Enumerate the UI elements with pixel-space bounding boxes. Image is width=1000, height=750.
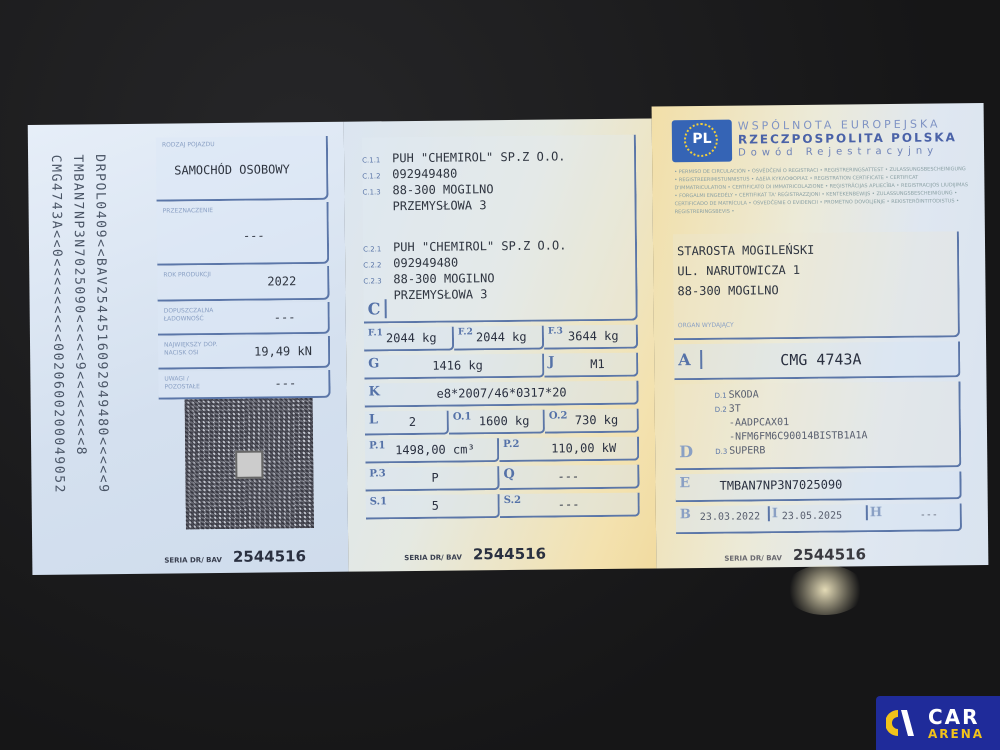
mrz-line-1: DRPOL0409<<BAV2544516092949480<<<<<9 bbox=[92, 154, 111, 494]
field-e: E TMBAN7NP3N7025090 bbox=[675, 471, 961, 502]
field-g: G1416 kg bbox=[364, 354, 544, 380]
field-f3: F.33644 kg bbox=[544, 325, 638, 350]
field-a: A CMG 4743A bbox=[674, 341, 960, 380]
mrz-zone: DRPOL0409<<BAV2544516092949480<<<<<9 TMB… bbox=[48, 154, 122, 565]
2d-barcode bbox=[185, 398, 314, 529]
issuer-line: UL. NARUTOWICZA 1 bbox=[677, 263, 800, 278]
payload-label: Dopuszczalna ładowność bbox=[164, 307, 226, 324]
production-year-label: Rok produkcji bbox=[163, 271, 213, 280]
holder-line: C.1.1PUH "CHEMIROL" SP.Z O.O. bbox=[362, 149, 566, 165]
first-registration-date: 23.03.2022 bbox=[700, 511, 760, 523]
field-s1: S.15 bbox=[366, 494, 500, 519]
issue-date: 23.05.2025 bbox=[782, 511, 842, 523]
extra-value: --- bbox=[274, 376, 296, 390]
field-p3: P.3P bbox=[365, 466, 499, 491]
field-j: JM1 bbox=[544, 353, 638, 378]
serial-number: 2544516 bbox=[233, 547, 306, 566]
payload-box: Dopuszczalna ładowność --- bbox=[158, 302, 330, 336]
holder-line: C.1.388-300 MOGILNO bbox=[362, 182, 493, 197]
middle-panel: C.1.1PUH "CHEMIROL" SP.Z O.O. C.1.209294… bbox=[344, 118, 657, 571]
issuer-box: STAROSTA MOGILEŃSKI UL. NARUTOWICZA 1 88… bbox=[673, 231, 960, 340]
field-b-i-h: B 23.03.2022 I 23.05.2025 H --- bbox=[676, 503, 962, 534]
axle-load-label: Największy dop. nacisk osi bbox=[164, 341, 234, 358]
issuer-label: ORGAN WYDAJĄCY bbox=[678, 322, 734, 331]
serial-label: SERIA DR/ BAV bbox=[404, 553, 462, 562]
field-o2: O.2730 kg bbox=[545, 409, 639, 434]
barcode-center-mark bbox=[235, 451, 263, 479]
field-l: L2 bbox=[365, 411, 449, 436]
purpose-box: Przeznaczenie --- bbox=[157, 202, 330, 266]
d-line: D.1SKODA bbox=[715, 389, 759, 400]
field-s2: S.2--- bbox=[500, 493, 640, 518]
right-panel: PL WSPÓLNOTA EUROPEJSKA RZECZPOSPOLITA P… bbox=[652, 103, 989, 568]
mrz-line-2: TMBAN7NP3N7025090<<<<<9<<<<<<<<8 bbox=[70, 154, 88, 456]
serial-number: 2544516 bbox=[473, 545, 546, 564]
vehicle-type-label: Rodzaj pojazdu bbox=[162, 141, 215, 150]
registration-number: CMG 4743A bbox=[780, 350, 861, 369]
section-c-letter: C bbox=[368, 299, 387, 318]
holder-line: PRZEMYSŁOWA 3 bbox=[363, 198, 487, 213]
d-line: D.23T bbox=[715, 404, 741, 415]
production-year-box: Rok produkcji 2022 bbox=[157, 266, 329, 302]
vehicle-type-value: SAMOCHÓD OSOBOWY bbox=[174, 162, 290, 177]
watermark-line-2: ARENA bbox=[928, 727, 984, 741]
field-d: D D.1SKODA D.23T -AADPCAX01 -NFM6FM6C900… bbox=[674, 381, 961, 470]
serial-number-middle: SERIA DR/ BAV 2544516 bbox=[404, 544, 546, 564]
car-arena-logo-icon bbox=[886, 708, 914, 738]
holder-owner-box: C.1.1PUH "CHEMIROL" SP.Z O.O. C.1.209294… bbox=[362, 135, 638, 324]
issuer-line: STAROSTA MOGILEŃSKI bbox=[677, 243, 814, 258]
purpose-value: --- bbox=[243, 229, 265, 243]
field-o1: O.11600 kg bbox=[449, 410, 545, 435]
d-line: D.3SUPERB bbox=[715, 445, 765, 457]
field-f1: F.12044 kg bbox=[364, 327, 454, 352]
serial-label: SERIA DR/ BAV bbox=[724, 554, 782, 563]
vin: TMBAN7NP3N7025090 bbox=[719, 478, 842, 493]
light-glare bbox=[785, 565, 865, 615]
eu-flag-icon: PL bbox=[672, 120, 732, 163]
owner-line: C.2.2092949480 bbox=[363, 256, 458, 271]
axle-load-value: 19,49 kN bbox=[254, 344, 312, 359]
owner-line: C.2.1PUH "CHEMIROL" SP.Z O.O. bbox=[363, 238, 567, 254]
field-p2: P.2110,00 kW bbox=[499, 437, 639, 462]
issuer-line: 88-300 MOGILNO bbox=[677, 283, 778, 298]
header-line-3: Dowód Rejestracyjny bbox=[738, 145, 938, 158]
owner-line: C.2.388-300 MOGILNO bbox=[363, 271, 494, 286]
field-q: Q--- bbox=[499, 465, 639, 490]
serial-number-right: SERIA DR/ BAV 2544516 bbox=[724, 544, 866, 564]
watermark-line-1: CAR bbox=[928, 705, 980, 729]
serial-number-left: SERIA DR/ BAV 2544516 bbox=[164, 546, 306, 566]
serial-number: 2544516 bbox=[793, 545, 866, 564]
purpose-label: Przeznaczenie bbox=[163, 207, 214, 216]
field-k: Ke8*2007/46*0317*20 bbox=[364, 381, 638, 408]
serial-label: SERIA DR/ BAV bbox=[164, 556, 222, 565]
microtext-band: • PERMISO DE CIRCULACIÓN • OSVĚDČENÍ O R… bbox=[674, 165, 971, 232]
registration-document: DRPOL0409<<BAV2544516092949480<<<<<9 TMB… bbox=[28, 103, 989, 575]
left-panel: DRPOL0409<<BAV2544516092949480<<<<<9 TMB… bbox=[28, 122, 349, 575]
production-year-value: 2022 bbox=[267, 274, 296, 288]
field-f2: F.22044 kg bbox=[454, 326, 544, 351]
car-arena-watermark: CAR ARENA bbox=[876, 696, 1000, 750]
extra-label: Uwagi / pozostałe bbox=[164, 375, 224, 392]
axle-load-box: Największy dop. nacisk osi 19,49 kN bbox=[158, 336, 330, 370]
d-line: -AADPCAX01 bbox=[729, 417, 789, 429]
header-line-2: RZECZPOSPOLITA POLSKA bbox=[738, 130, 957, 146]
mrz-line-3: CMG4743A<<0<<<<<<<<<0020600200049052 bbox=[48, 155, 67, 495]
payload-value: --- bbox=[274, 310, 296, 324]
holder-line: C.1.2092949480 bbox=[362, 167, 457, 182]
extra-box: Uwagi / pozostałe --- bbox=[158, 370, 330, 400]
field-p1: P.11498,00 cm³ bbox=[365, 438, 499, 463]
d-line: -NFM6FM6C90014BISTB1A1A bbox=[729, 430, 868, 442]
country-code: PL bbox=[672, 131, 732, 148]
vehicle-type-box: Rodzaj pojazdu SAMOCHÓD OSOBOWY bbox=[156, 136, 329, 202]
